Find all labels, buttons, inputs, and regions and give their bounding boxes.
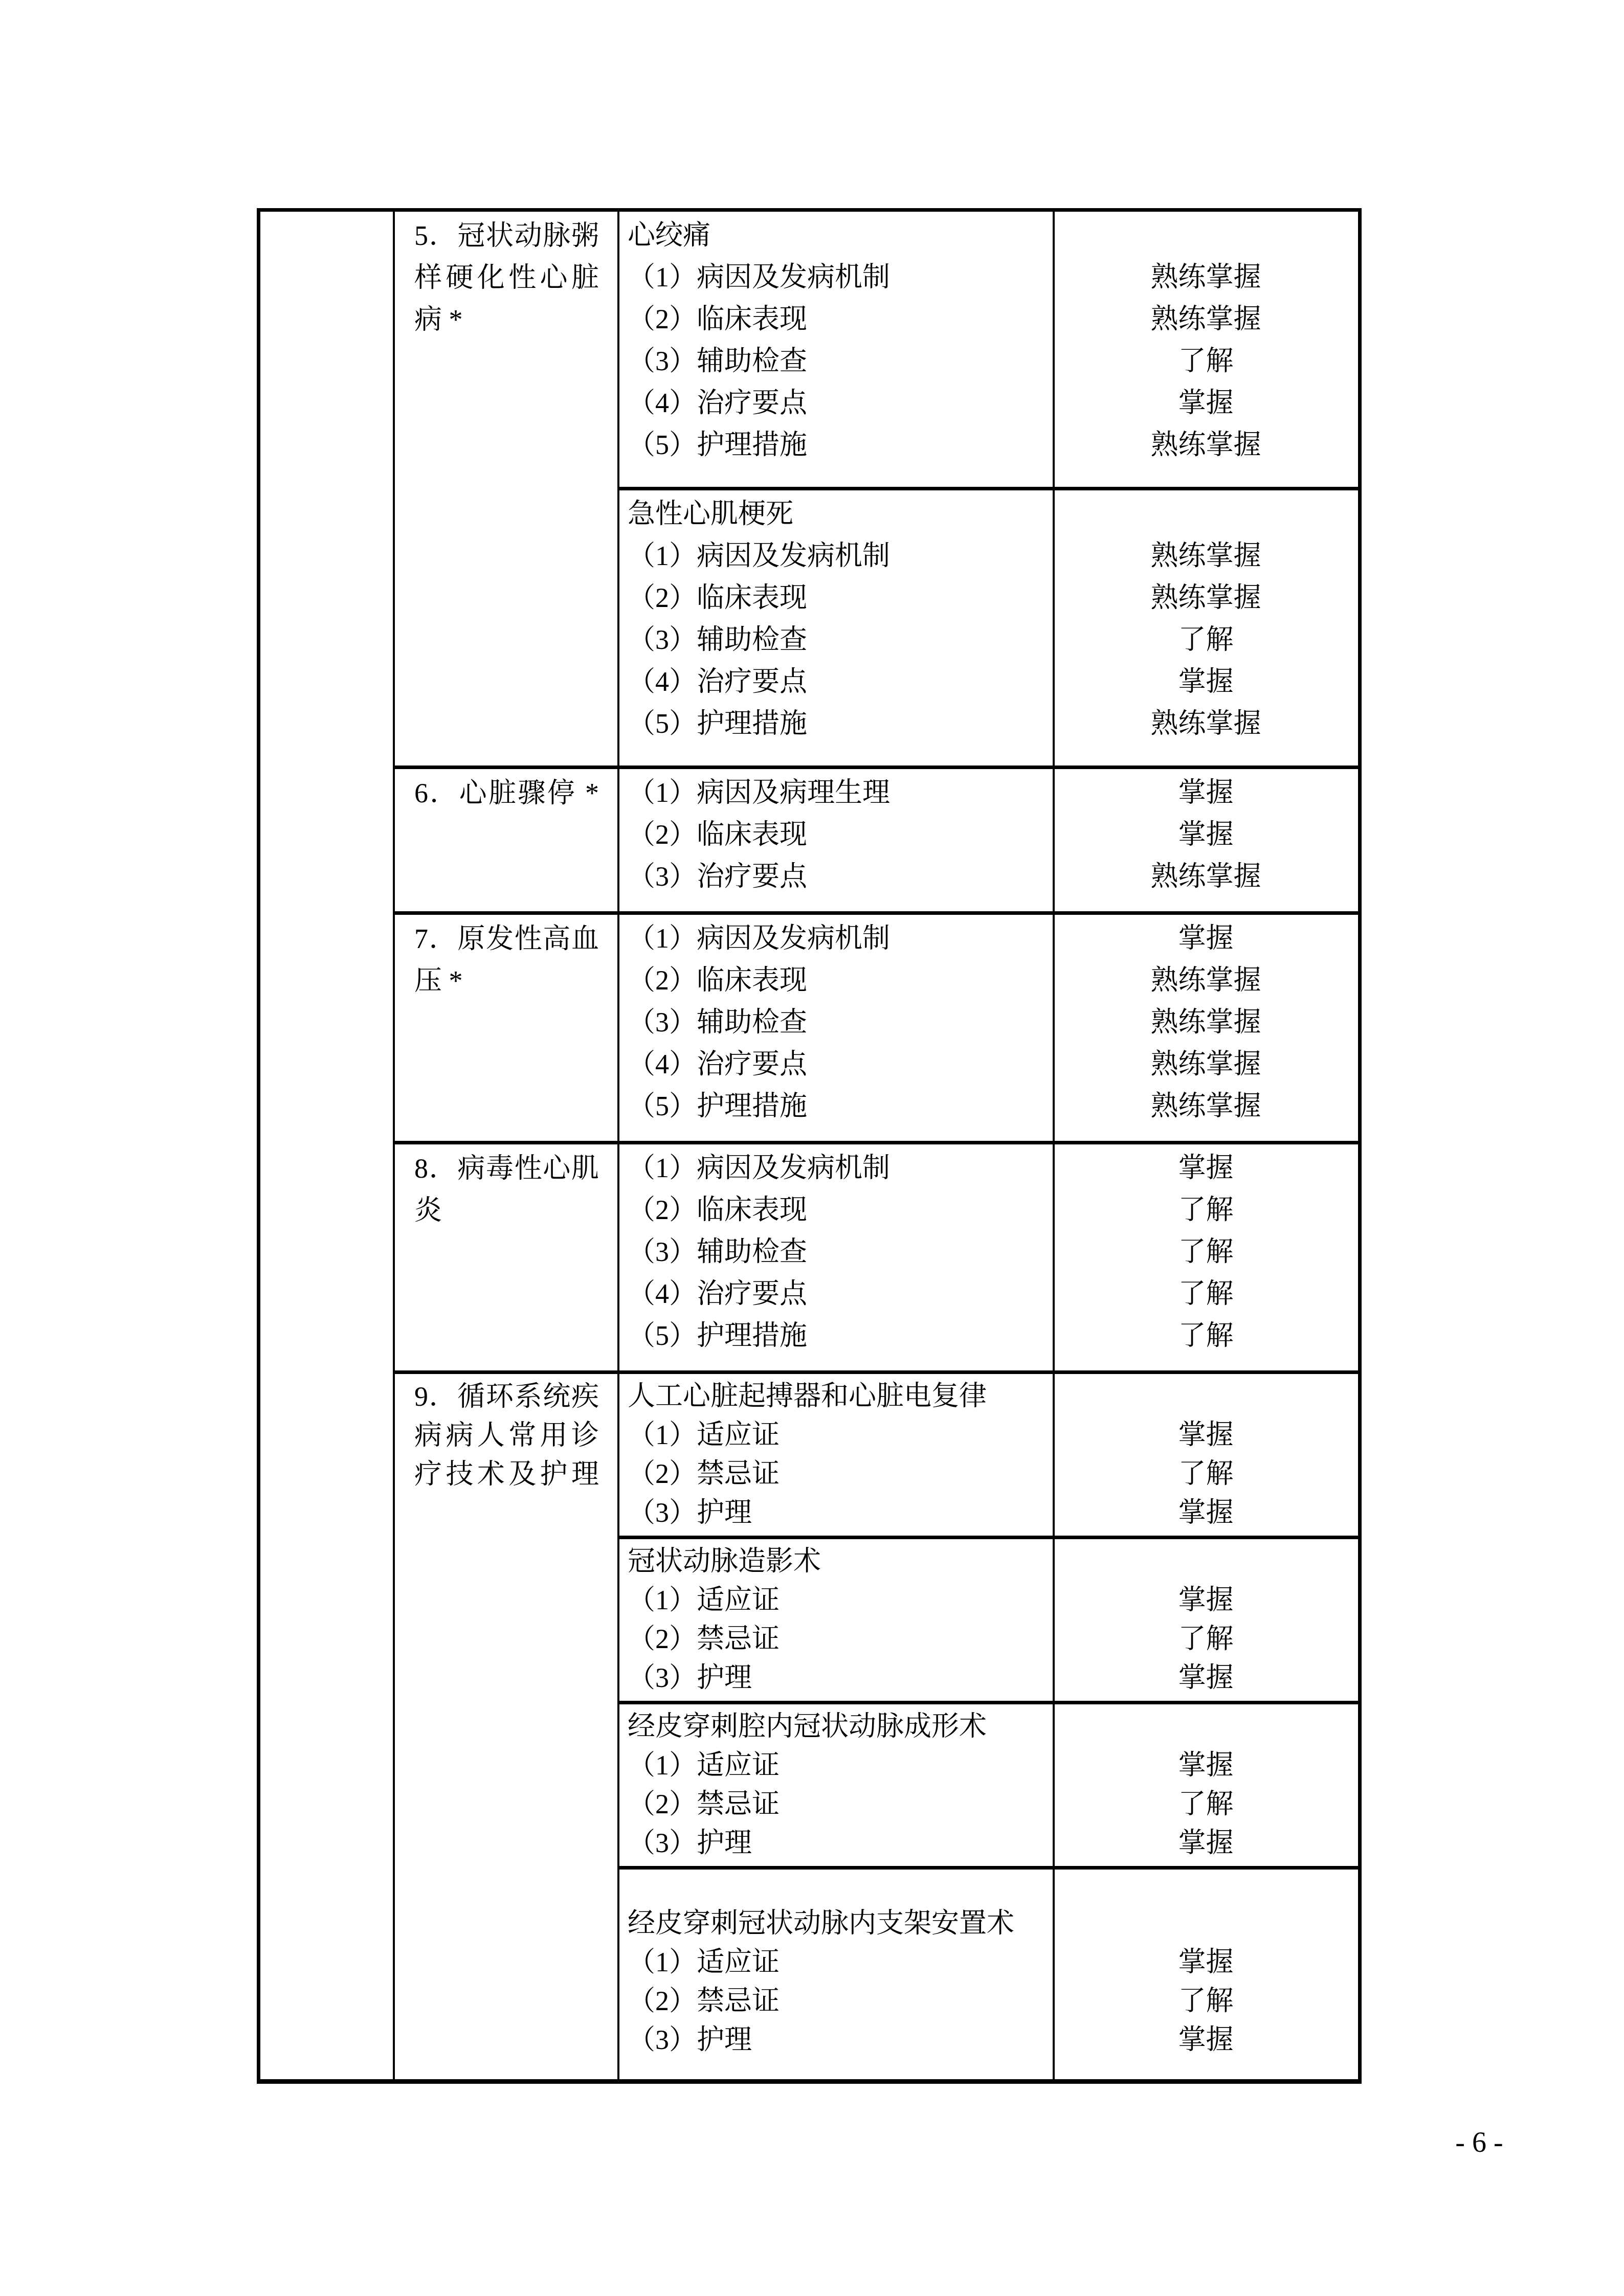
mastery-level: 掌握 (1054, 813, 1358, 852)
section-title-line: 6．心脏骤停 * (414, 772, 599, 814)
section-blocks: 心绞痛（1）病因及发病机制熟练掌握（2）临床表现熟练掌握（3）辅助检查了解（4）… (618, 212, 1358, 766)
item-label: （1）适应证 (618, 1578, 1054, 1617)
item-label: （4）治疗要点 (618, 1272, 1054, 1311)
item-block: 急性心肌梗死（1）病因及发病机制熟练掌握（2）临床表现熟练掌握（3）辅助检查了解… (618, 490, 1358, 766)
section-title: 8．病毒性心肌炎 (394, 1144, 618, 1370)
item-block: （1）病因及病理生理掌握（2）临床表现掌握（3）治疗要点熟练掌握 (618, 769, 1358, 911)
mastery-level: 了解 (1054, 1272, 1358, 1311)
item-block: 人工心脏起搏器和心脏电复律（1）适应证掌握（2）禁忌证了解（3）护理掌握 (618, 1374, 1358, 1536)
table-section-row: 8．病毒性心肌炎（1）病因及发病机制掌握（2）临床表现了解（3）辅助检查了解（4… (394, 1144, 1358, 1374)
table-row: （4）治疗要点掌握 (618, 658, 1358, 700)
section-title: 6．心脏骤停 * (394, 769, 618, 911)
mastery-level: 熟练掌握 (1054, 423, 1358, 462)
block-header: 冠状动脉造影术 (618, 1539, 1054, 1579)
table-row: （5）护理措施熟练掌握 (618, 700, 1358, 742)
item-block: 冠状动脉造影术（1）适应证掌握（2）禁忌证了解（3）护理掌握 (618, 1539, 1358, 1701)
mastery-level: 掌握 (1054, 1940, 1358, 1979)
mastery-level: 了解 (1054, 339, 1358, 378)
mastery-level: 了解 (1054, 1617, 1358, 1656)
table-row: （1）适应证掌握 (618, 1578, 1358, 1617)
mastery-level: 了解 (1054, 1188, 1358, 1227)
table-row: （4）治疗要点熟练掌握 (618, 1041, 1358, 1083)
page-number: - 6 - (1413, 2126, 1546, 2159)
item-label: （5）护理措施 (618, 1084, 1054, 1123)
mastery-level: 掌握 (1054, 1413, 1358, 1452)
table-row: （1）病因及病理生理掌握 (618, 769, 1358, 811)
section-blocks: 人工心脏起搏器和心脏电复律（1）适应证掌握（2）禁忌证了解（3）护理掌握冠状动脉… (618, 1374, 1358, 2079)
item-block: 心绞痛（1）病因及发病机制熟练掌握（2）临床表现熟练掌握（3）辅助检查了解（4）… (618, 212, 1358, 487)
item-label: （2）临床表现 (618, 958, 1054, 998)
mastery-level: 掌握 (1054, 660, 1358, 699)
item-label: （3）辅助检查 (618, 1000, 1054, 1040)
section-title: 9．循环系统疾病病人常用诊疗技术及护理 (394, 1374, 618, 2079)
section-blocks: （1）病因及发病机制掌握（2）临床表现了解（3）辅助检查了解（4）治疗要点了解（… (618, 1144, 1358, 1370)
mastery-level: 了解 (1054, 1230, 1358, 1269)
item-label: （4）治疗要点 (618, 381, 1054, 420)
block-header-line: 经皮穿刺腔内冠状动脉成形术 (618, 1704, 1358, 1743)
table-row: （2）禁忌证了解 (618, 1979, 1358, 2018)
item-block: （1）病因及发病机制掌握（2）临床表现熟练掌握（3）辅助检查熟练掌握（4）治疗要… (618, 915, 1358, 1141)
table-row: （3）辅助检查了解 (618, 337, 1358, 379)
item-label: （3）辅助检查 (618, 1230, 1054, 1269)
item-label: （2）临床表现 (618, 813, 1054, 852)
item-label: （5）护理措施 (618, 702, 1054, 741)
item-label: （1）病因及发病机制 (618, 255, 1054, 295)
block-header: 人工心脏起搏器和心脏电复律 (618, 1374, 1054, 1413)
mastery-level: 了解 (1054, 1979, 1358, 2018)
blank-line (618, 1870, 1358, 1901)
item-label: （1）病因及病理生理 (618, 771, 1054, 810)
mastery-level: 掌握 (1054, 1821, 1358, 1860)
mastery-level: 熟练掌握 (1054, 255, 1358, 295)
table-row: （2）临床表现了解 (618, 1186, 1358, 1228)
table-section-row: 5．冠状动脉粥样硬化性心脏病 *心绞痛（1）病因及发病机制熟练掌握（2）临床表现… (394, 212, 1358, 769)
mastery-level: 熟练掌握 (1054, 1042, 1358, 1082)
table-section-row: 9．循环系统疾病病人常用诊疗技术及护理人工心脏起搏器和心脏电复律（1）适应证掌握… (394, 1374, 1358, 2079)
item-label: （5）护理措施 (618, 423, 1054, 462)
item-label: （3）辅助检查 (618, 339, 1054, 378)
item-label: （1）病因及发病机制 (618, 916, 1054, 956)
table-row: （5）护理措施熟练掌握 (618, 421, 1358, 463)
table-row: （4）治疗要点了解 (618, 1270, 1358, 1312)
table-row: （1）适应证掌握 (618, 1743, 1358, 1782)
table-row: （3）护理掌握 (618, 1491, 1358, 1529)
mastery-level: 掌握 (1054, 381, 1358, 420)
block-header-line: 经皮穿刺冠状动脉内支架安置术 (618, 1901, 1358, 1940)
item-label: （4）治疗要点 (618, 660, 1054, 699)
mastery-level: 熟练掌握 (1054, 1000, 1358, 1040)
section-blocks: （1）病因及病理生理掌握（2）临床表现掌握（3）治疗要点熟练掌握 (618, 769, 1358, 911)
block-header-line: 人工心脏起搏器和心脏电复律 (618, 1374, 1358, 1413)
section-title-line: 样硬化性心脏 (414, 257, 599, 299)
block-separator-line (618, 1866, 1358, 1870)
item-label: （3）护理 (618, 1491, 1054, 1530)
table-row: （3）治疗要点熟练掌握 (618, 853, 1358, 895)
table-row: （5）护理措施了解 (618, 1312, 1358, 1354)
table-sections: 5．冠状动脉粥样硬化性心脏病 *心绞痛（1）病因及发病机制熟练掌握（2）临床表现… (394, 212, 1358, 2079)
item-label: （3）护理 (618, 1821, 1054, 1860)
item-label: （2）禁忌证 (618, 1979, 1054, 2018)
item-label: （3）辅助检查 (618, 618, 1054, 657)
item-label: （3）护理 (618, 1656, 1054, 1695)
item-label: （2）临床表现 (618, 297, 1054, 336)
block-header: 经皮穿刺腔内冠状动脉成形术 (618, 1704, 1054, 1744)
table-row: （2）禁忌证了解 (618, 1782, 1358, 1821)
table-vertical-border (393, 212, 395, 2079)
mastery-level: 熟练掌握 (1054, 297, 1358, 336)
mastery-level: 掌握 (1054, 771, 1358, 810)
mastery-level: 掌握 (1054, 1146, 1358, 1185)
item-block: 经皮穿刺冠状动脉内支架安置术（1）适应证掌握（2）禁忌证了解（3）护理掌握 (618, 1870, 1358, 2079)
item-label: （4）治疗要点 (618, 1042, 1054, 1082)
item-label: （1）病因及发病机制 (618, 534, 1054, 573)
table-row: （1）病因及发病机制掌握 (618, 1144, 1358, 1186)
table-row: （2）临床表现掌握 (618, 811, 1358, 853)
table-row: （1）病因及发病机制熟练掌握 (618, 532, 1358, 574)
item-label: （3）护理 (618, 2018, 1054, 2057)
section-title-line: 9．循环系统疾 (414, 1377, 599, 1416)
section-title-line: 压 * (414, 960, 599, 1002)
block-header-line: 急性心肌梗死 (618, 490, 1358, 532)
table-section-row: 6．心脏骤停 *（1）病因及病理生理掌握（2）临床表现掌握（3）治疗要点熟练掌握 (394, 769, 1358, 915)
table-row: （5）护理措施熟练掌握 (618, 1083, 1358, 1124)
item-label: （1）适应证 (618, 1413, 1054, 1452)
mastery-level: 掌握 (1054, 1491, 1358, 1530)
block-header-line: 心绞痛 (618, 212, 1358, 254)
mastery-level: 了解 (1054, 1782, 1358, 1821)
table-row: （3）护理掌握 (618, 1821, 1358, 1860)
item-label: （2）禁忌证 (618, 1782, 1054, 1821)
table-row: （1）病因及发病机制熟练掌握 (618, 254, 1358, 296)
mastery-level: 掌握 (1054, 1578, 1358, 1617)
mastery-level: 熟练掌握 (1054, 1084, 1358, 1123)
syllabus-table: 5．冠状动脉粥样硬化性心脏病 *心绞痛（1）病因及发病机制熟练掌握（2）临床表现… (257, 208, 1362, 2084)
section-title-line: 炎 (414, 1189, 599, 1231)
item-label: （3）治疗要点 (618, 854, 1054, 894)
mastery-level: 了解 (1054, 1452, 1358, 1491)
table-row: （3）护理掌握 (618, 1656, 1358, 1695)
section-title: 5．冠状动脉粥样硬化性心脏病 * (394, 212, 618, 766)
mastery-level: 熟练掌握 (1054, 576, 1358, 615)
block-header: 急性心肌梗死 (618, 492, 1054, 531)
table-row: （3）辅助检查了解 (618, 616, 1358, 658)
mastery-level: 了解 (1054, 618, 1358, 657)
item-label: （1）适应证 (618, 1743, 1054, 1783)
block-separator-line (618, 487, 1358, 490)
section-title-line: 5．冠状动脉粥 (414, 215, 599, 257)
table-row: （1）病因及发病机制掌握 (618, 915, 1358, 957)
table-vertical-border (617, 212, 619, 2079)
item-label: （2）临床表现 (618, 576, 1054, 615)
table-row: （4）治疗要点掌握 (618, 379, 1358, 421)
mastery-level: 熟练掌握 (1054, 702, 1358, 741)
mastery-level: 了解 (1054, 1314, 1358, 1353)
section-blocks: （1）病因及发病机制掌握（2）临床表现熟练掌握（3）辅助检查熟练掌握（4）治疗要… (618, 915, 1358, 1141)
mastery-level: 熟练掌握 (1054, 958, 1358, 998)
table-row: （3）护理掌握 (618, 2018, 1358, 2057)
table-row: （2）临床表现熟练掌握 (618, 296, 1358, 337)
item-label: （5）护理措施 (618, 1314, 1054, 1353)
item-label: （1）适应证 (618, 1940, 1054, 1979)
mastery-level: 掌握 (1054, 1743, 1358, 1783)
section-title-line: 病病人常用诊 (414, 1416, 599, 1455)
table-section-row: 7．原发性高血压 *（1）病因及发病机制掌握（2）临床表现熟练掌握（3）辅助检查… (394, 915, 1358, 1144)
section-title-line: 疗技术及护理 (414, 1455, 599, 1494)
item-label: （1）病因及发病机制 (618, 1146, 1054, 1185)
item-label: （2）禁忌证 (618, 1617, 1054, 1656)
mastery-level: 熟练掌握 (1054, 854, 1358, 894)
table-row: （3）辅助检查了解 (618, 1228, 1358, 1270)
mastery-level: 掌握 (1054, 2018, 1358, 2057)
table-row: （1）适应证掌握 (618, 1940, 1358, 1979)
document-page: { "page": { "number": "- 6 -" }, "colors… (0, 0, 1624, 2296)
table-row: （2）临床表现熟练掌握 (618, 957, 1358, 999)
table-vertical-border (1053, 212, 1055, 2079)
section-title: 7．原发性高血压 * (394, 915, 618, 1141)
section-title-line: 病 * (414, 299, 599, 341)
table-row: （2）禁忌证了解 (618, 1617, 1358, 1656)
item-block: 经皮穿刺腔内冠状动脉成形术（1）适应证掌握（2）禁忌证了解（3）护理掌握 (618, 1704, 1358, 1866)
mastery-level: 掌握 (1054, 916, 1358, 956)
table-row: （3）辅助检查熟练掌握 (618, 999, 1358, 1041)
item-block: （1）病因及发病机制掌握（2）临床表现了解（3）辅助检查了解（4）治疗要点了解（… (618, 1144, 1358, 1370)
section-title-line: 7．原发性高血 (414, 918, 599, 960)
block-header: 经皮穿刺冠状动脉内支架安置术 (618, 1901, 1054, 1941)
section-title-line: 8．病毒性心肌 (414, 1147, 599, 1189)
item-label: （2）临床表现 (618, 1188, 1054, 1227)
mastery-level: 掌握 (1054, 1656, 1358, 1695)
block-header: 心绞痛 (618, 213, 1054, 253)
mastery-level: 熟练掌握 (1054, 534, 1358, 573)
table-row: （2）临床表现熟练掌握 (618, 574, 1358, 616)
table-row: （1）适应证掌握 (618, 1413, 1358, 1452)
item-label: （2）禁忌证 (618, 1452, 1054, 1491)
table-row: （2）禁忌证了解 (618, 1452, 1358, 1491)
block-header-line: 冠状动脉造影术 (618, 1539, 1358, 1578)
